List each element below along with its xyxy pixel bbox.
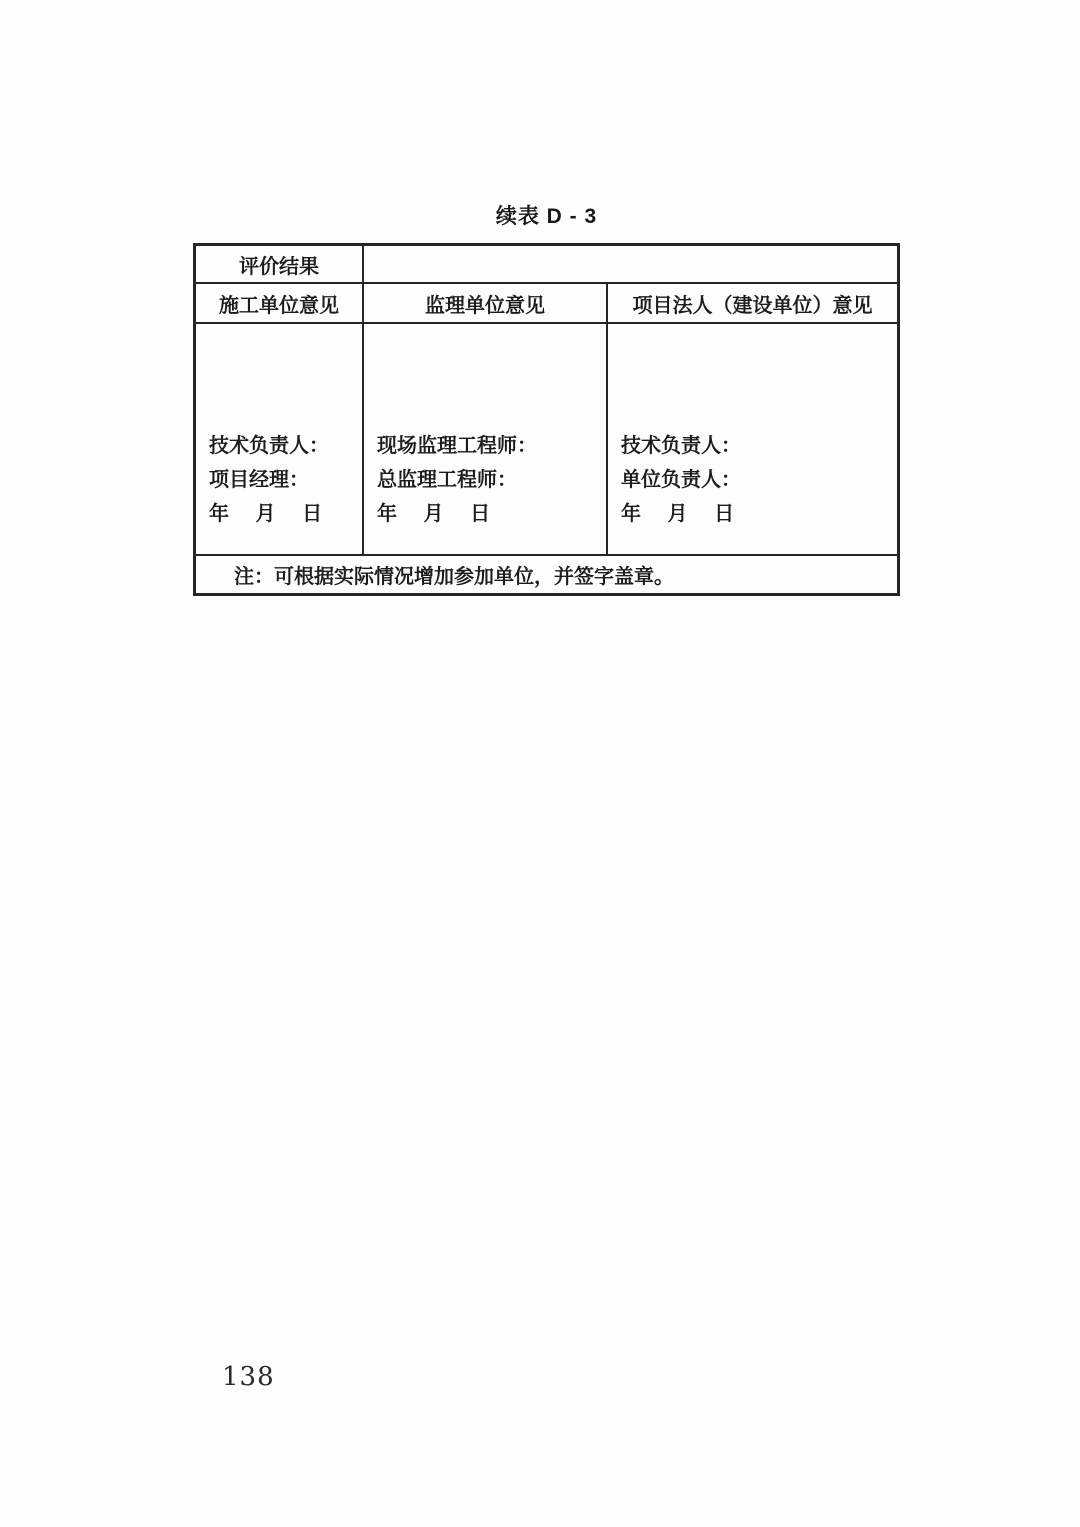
header-owner-opinion: 项目法人（建设单位）意见 <box>608 284 897 324</box>
signature-line: 现场监理工程师： <box>377 429 600 463</box>
signature-line: 总监理工程师： <box>377 463 600 497</box>
document-page: 续表 D - 3 评价结果 施工单位意见 监理单位意见 项目法人（建设单位）意见… <box>0 0 1080 1527</box>
signature-line: 技术负责人： <box>621 429 891 463</box>
date-line: 年 月 日 <box>377 497 600 531</box>
signature-cell-supervisor: 现场监理工程师： 总监理工程师： 年 月 日 <box>364 324 608 556</box>
signature-cell-contractor: 技术负责人： 项目经理： 年 月 日 <box>196 324 364 556</box>
table-note: 注：可根据实际情况增加参加单位，并签字盖章。 <box>196 556 897 593</box>
table-title: 续表 D - 3 <box>193 202 900 232</box>
signature-line: 单位负责人： <box>621 463 891 497</box>
header-supervisor-opinion: 监理单位意见 <box>364 284 608 324</box>
signature-line: 技术负责人： <box>209 429 356 463</box>
result-label-cell: 评价结果 <box>196 246 364 284</box>
signature-cell-owner: 技术负责人： 单位负责人： 年 月 日 <box>608 324 897 556</box>
signature-line: 项目经理： <box>209 463 356 497</box>
header-contractor-opinion: 施工单位意见 <box>196 284 364 324</box>
evaluation-form-table: 评价结果 施工单位意见 监理单位意见 项目法人（建设单位）意见 技术负责人： 项… <box>193 243 900 596</box>
page-number: 138 <box>222 1362 275 1392</box>
date-line: 年 月 日 <box>209 497 356 531</box>
date-line: 年 月 日 <box>621 497 891 531</box>
result-value-cell <box>364 246 897 284</box>
